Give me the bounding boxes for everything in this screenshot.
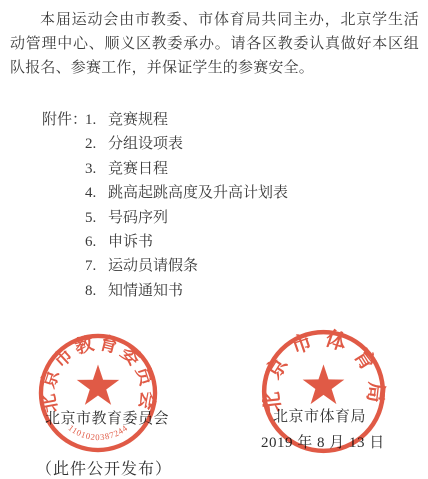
attachment-title: 运动员请假条 [108, 254, 198, 278]
attachments-section: 附件： 1. 竞赛规程 2. 分组设项表 3. 竞赛日程 4. 跳高起跳高度及升… [42, 108, 288, 303]
attachment-number: 6. [85, 230, 108, 254]
attachment-row: 6. 申诉书 [85, 230, 288, 254]
star-icon [303, 364, 345, 404]
org-name-sports-bureau: 北京市体育局 [273, 405, 366, 426]
attachment-title: 竞赛规程 [108, 108, 168, 132]
attachment-title: 跳高起跳高度及升高计划表 [108, 181, 288, 205]
attachment-number: 1. [85, 108, 108, 132]
attachment-title: 竞赛日程 [108, 157, 168, 181]
attachment-title: 知情通知书 [108, 279, 183, 303]
attachment-row: 5. 号码序列 [85, 206, 288, 230]
attachment-title: 申诉书 [108, 230, 153, 254]
seal-ring [41, 336, 155, 450]
attachment-title: 号码序列 [108, 206, 168, 230]
attachment-number: 8. [85, 279, 108, 303]
attachments-label: 附件： [42, 108, 85, 132]
attachment-row: 2. 分组设项表 [85, 132, 288, 156]
seal-arc-text: 北京市教育委员会 [37, 332, 159, 415]
attachment-number: 7. [85, 254, 108, 278]
issue-date: 2019 年 8 月 13 日 [261, 431, 385, 452]
attachment-row: 8. 知情通知书 [85, 279, 288, 303]
attachment-number: 4. [85, 181, 108, 205]
attachment-title: 分组设项表 [108, 132, 183, 156]
attachment-row: 7. 运动员请假条 [85, 254, 288, 278]
attachment-number: 5. [85, 206, 108, 230]
attachment-row: 3. 竞赛日程 [85, 157, 288, 181]
education-commission-seal-graphic: 北京市教育委员会 1101020387244 [36, 331, 160, 455]
org-name-education-commission: 北京市教育委员会 [45, 407, 169, 428]
attachment-row: 4. 跳高起跳高度及升高计划表 [85, 181, 288, 205]
public-release-note: （此件公开发布） [36, 456, 172, 479]
attachment-number: 2. [85, 132, 108, 156]
body-paragraph: 本届运动会由市教委、市体育局共同主办，北京学生活动管理中心、顺义区教委承办。请各… [10, 8, 419, 80]
seal-arc-text: 北京市体育局 [259, 327, 388, 414]
document-page: 本届运动会由市教委、市体育局共同主办，北京学生活动管理中心、顺义区教委承办。请各… [0, 0, 428, 479]
attachment-row: 附件： 1. 竞赛规程 [42, 108, 288, 132]
education-commission-seal: 北京市教育委员会 1101020387244 [36, 331, 160, 455]
attachment-number: 3. [85, 157, 108, 181]
star-icon [77, 364, 119, 404]
